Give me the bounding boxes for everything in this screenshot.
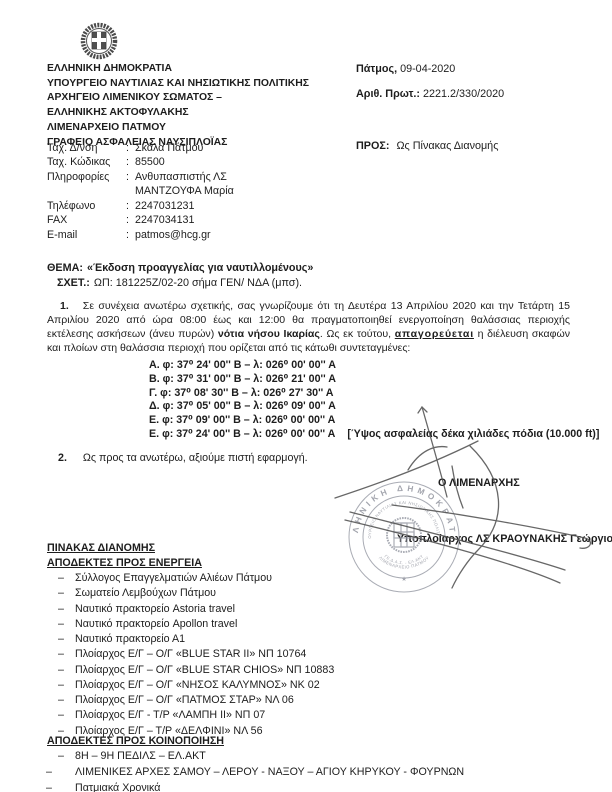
list-item-text: Πλοίαρχος Ε/Γ - Τ/Ρ «ΛΑΜΠΗ ΙΙ» ΝΠ 07	[75, 709, 265, 721]
body-paragraph-1: 1.Σε συνέχεια ανωτέρω σχετικής, σας γνωρ…	[47, 300, 570, 356]
date-value: 09-04-2020	[400, 63, 455, 75]
coordinate-text: Ε. φ: 37⁰ 24' 00'' Β – λ: 026⁰ 00' 00'' …	[149, 428, 335, 440]
contact-separator: :	[126, 170, 135, 184]
list-item: –Σωματείο Λεμβούχων Πάτμου	[58, 587, 334, 602]
coordinate-text: Β. φ: 37⁰ 31' 00'' Β – λ: 026⁰ 21' 00'' …	[149, 373, 336, 385]
contact-value: ΜΑΝΤΖΟΥΦΑ Μαρία	[135, 184, 234, 198]
list-item: –ΛΙΜΕΝΙΚΕΣ ΑΡΧΕΣ ΣΑΜΟΥ – ΛΕΡΟΥ - ΝΑΞΟΥ –…	[46, 766, 464, 782]
list-dash: –	[58, 648, 75, 660]
contact-label: E-mail	[47, 228, 126, 242]
protocol-line: Αριθ. Πρωτ.: 2221.2/330/2020	[356, 88, 504, 100]
contact-separator: :	[126, 199, 135, 213]
list-item-text: Ναυτικό πρακτορείο Astoria travel	[75, 603, 235, 615]
contact-separator: :	[126, 141, 135, 155]
place-date-line: Πάτμος, 09-04-2020	[356, 63, 455, 75]
contact-row: Τηλέφωνο : 2247031231	[47, 199, 234, 213]
contact-row: Ταχ. Δ/νση : Σκάλα Πάτμου	[47, 141, 234, 155]
contact-separator	[126, 184, 135, 198]
action-recipients-title: ΑΠΟΔΕΚΤΕΣ ΠΡΟΣ ΕΝΕΡΓΕΙΑ	[47, 557, 202, 569]
contact-label: FAX	[47, 213, 126, 227]
list-item: –Πλοίαρχος Ε/Γ – Ο/Γ «BLUE STAR II» ΝΠ 1…	[58, 648, 334, 663]
list-dash: –	[58, 603, 75, 615]
prohibited-word: απαγορεύεται	[395, 328, 474, 340]
distribution-title: ΠΙΝΑΚΑΣ ΔΙΑΝΟΜΗΣ	[47, 542, 155, 554]
subject-label: ΘΕΜΑ:	[47, 262, 83, 274]
list-item-text: 8Η – 9Η ΠΕΔΙΛΣ – ΕΛ.ΑΚΤ	[75, 750, 206, 762]
org-header: ΕΛΛΗΝΙΚΗ ΔΗΜΟΚΡΑΤΙΑΥΠΟΥΡΓΕΙΟ ΝΑΥΤΙΛΙΑΣ Κ…	[47, 62, 309, 150]
list-item: –Σύλλογος Επαγγελματιών Αλιέων Πάτμου	[58, 572, 334, 587]
place-label: Πάτμος,	[356, 63, 397, 75]
contact-value: Σκάλα Πάτμου	[135, 141, 203, 155]
list-dash: –	[58, 679, 75, 691]
list-item-text: Σωματείο Λεμβούχων Πάτμου	[75, 587, 216, 599]
list-item-text: Πατμιακά Χρονικά	[75, 782, 160, 792]
list-item: –Πλοίαρχος Ε/Γ – Ο/Γ «ΝΗΣΟΣ ΚΑΛΥΜΝΟΣ» ΝΚ…	[58, 679, 334, 694]
coordinate-text: Ε. φ: 37⁰ 09' 00'' Β – λ: 026⁰ 00' 00'' …	[149, 414, 335, 426]
recipient-line: ΠΡΟΣ: Ως Πίνακας Διανομής	[356, 140, 498, 152]
list-dash: –	[58, 572, 75, 584]
reference-label: ΣΧΕΤ.:	[57, 277, 90, 289]
paragraph-number: 1.	[60, 300, 69, 312]
reference-line: ΣΧΕΤ.:ΩΠ: 181225Ζ/02-20 σήμα ΓΕΝ/ ΝΔΑ (μ…	[57, 277, 302, 289]
list-item-text: Ναυτικό πρακτορείο Apollon travel	[75, 618, 237, 630]
org-header-line: ΕΛΛΗΝΙΚΗΣ ΑΚΤΟΦΥΛΑΚΗΣ	[47, 106, 309, 121]
list-item-text: Πλοίαρχος Ε/Γ – Ο/Γ «ΝΗΣΟΣ ΚΑΛΥΜΝΟΣ» ΝΚ …	[75, 679, 320, 691]
protocol-label: Αριθ. Πρωτ.:	[356, 88, 420, 100]
org-header-line: ΥΠΟΥΡΓΕΙΟ ΝΑΥΤΙΛΙΑΣ ΚΑΙ ΝΗΣΙΩΤΙΚΗΣ ΠΟΛΙΤ…	[47, 77, 309, 92]
contact-row: Ταχ. Κώδικας : 85500	[47, 155, 234, 169]
contact-value: 85500	[135, 155, 165, 169]
contact-value: 2247031231	[135, 199, 194, 213]
list-item: –Ναυτικό πρακτορείο Α1	[58, 633, 334, 648]
contact-label: Πληροφορίες	[47, 170, 126, 184]
list-dash: –	[58, 694, 75, 706]
paragraph-number: 2.	[58, 452, 67, 464]
contact-value: Ανθυπασπιστής ΛΣ	[135, 170, 227, 184]
contact-row: E-mail : patmos@hcg.gr	[47, 228, 234, 242]
list-dash: –	[58, 587, 75, 599]
protocol-value: 2221.2/330/2020	[423, 88, 504, 100]
body-paragraph-2: 2.Ως προς τα ανωτέρω, αξιούμε πιστή εφαρ…	[58, 452, 308, 464]
list-item: –Πατμιακά Χρονικά	[46, 782, 464, 792]
subject-line: ΘΕΜΑ:«Έκδοση προαγγελίας για ναυτιλλομέν…	[47, 262, 313, 274]
list-item: –8Η – 9Η ΠΕΔΙΛΣ – ΕΛ.ΑΚΤ	[46, 750, 464, 766]
list-item-text: Πλοίαρχος Ε/Γ – Ο/Γ «ΠΑΤΜΟΣ ΣΤΑΡ» ΝΛ 06	[75, 694, 294, 706]
org-header-line: ΛΙΜΕΝΑΡΧΕΙΟ ΠΑΤΜΟΥ	[47, 121, 309, 136]
notification-recipients-list: –8Η – 9Η ΠΕΔΙΛΣ – ΕΛ.ΑΚΤ –ΛΙΜΕΝΙΚΕΣ ΑΡΧΕ…	[46, 750, 464, 792]
list-item: –Πλοίαρχος Ε/Γ – Ο/Γ «ΠΑΤΜΟΣ ΣΤΑΡ» ΝΛ 06	[58, 694, 334, 709]
list-item-text: Σύλλογος Επαγγελματιών Αλιέων Πάτμου	[75, 572, 272, 584]
contact-row: Πληροφορίες : Ανθυπασπιστής ΛΣ	[47, 170, 234, 184]
org-header-line: ΑΡΧΗΓΕΙΟ ΛΙΜΕΝΙΚΟΥ ΣΩΜΑΤΟΣ –	[47, 91, 309, 106]
list-item-text: Πλοίαρχος Ε/Γ – Ο/Γ «BLUE STAR II» ΝΠ 10…	[75, 648, 306, 660]
contact-separator: :	[126, 228, 135, 242]
org-header-line: ΕΛΛΗΝΙΚΗ ΔΗΜΟΚΡΑΤΙΑ	[47, 62, 309, 77]
reference-text: ΩΠ: 181225Ζ/02-20 σήμα ΓΕΝ/ ΝΔΑ (μπσ).	[94, 277, 302, 289]
list-dash: –	[46, 766, 75, 778]
coordinate-line: Β. φ: 37⁰ 31' 00'' Β – λ: 026⁰ 21' 00'' …	[149, 373, 599, 387]
contact-value: 2247034131	[135, 213, 194, 227]
bold-area-phrase: νότια νήσου Ικαρίας	[218, 328, 320, 340]
coordinate-text: Α. φ: 37⁰ 24' 00'' Β – λ: 026⁰ 00' 00'' …	[149, 359, 336, 371]
contact-row: ΜΑΝΤΖΟΥΦΑ Μαρία	[47, 184, 234, 198]
greek-national-emblem-icon	[76, 21, 122, 63]
contact-separator: :	[126, 213, 135, 227]
contact-label: Τηλέφωνο	[47, 199, 126, 213]
list-dash: –	[58, 633, 75, 645]
paragraph-text: Ως προς τα ανωτέρω, αξιούμε πιστή εφαρμο…	[83, 452, 308, 464]
list-item: –Ναυτικό πρακτορείο Apollon travel	[58, 618, 334, 633]
list-item: –Πλοίαρχος Ε/Γ – Ο/Γ «BLUE STAR CHIOS» Ν…	[58, 664, 334, 679]
subject-text: «Έκδοση προαγγελίας για ναυτιλλομένους»	[87, 262, 313, 274]
list-item-text: Ναυτικό πρακτορείο Α1	[75, 633, 185, 645]
contact-label: Ταχ. Δ/νση	[47, 141, 126, 155]
contact-value: patmos@hcg.gr	[135, 228, 211, 242]
contact-separator: :	[126, 155, 135, 169]
list-dash: –	[58, 709, 75, 721]
list-dash: –	[46, 782, 75, 792]
recipient-value: Ως Πίνακας Διανομής	[396, 140, 498, 152]
document-page: ΕΛΛΗΝΙΚΗ ΔΗΜΟΚΡΑΤΙΑΥΠΟΥΡΓΕΙΟ ΝΑΥΤΙΛΙΑΣ Κ…	[0, 0, 612, 792]
contact-label	[47, 184, 126, 198]
action-recipients-list: –Σύλλογος Επαγγελματιών Αλιέων Πάτμου –Σ…	[58, 572, 334, 740]
list-item: –Ναυτικό πρακτορείο Astoria travel	[58, 603, 334, 618]
list-dash: –	[58, 750, 75, 762]
recipient-label: ΠΡΟΣ:	[356, 140, 389, 152]
handwritten-signature	[320, 395, 612, 605]
list-item-text: Πλοίαρχος Ε/Γ – Ο/Γ «BLUE STAR CHIOS» ΝΠ…	[75, 664, 334, 676]
list-dash: –	[58, 618, 75, 630]
contact-row: FAX : 2247034131	[47, 213, 234, 227]
contact-label: Ταχ. Κώδικας	[47, 155, 126, 169]
coordinate-text: Γ. φ: 37⁰ 08' 30'' Β – λ: 026⁰ 27' 30'' …	[149, 387, 333, 399]
list-item-text: ΛΙΜΕΝΙΚΕΣ ΑΡΧΕΣ ΣΑΜΟΥ – ΛΕΡΟΥ - ΝΑΞΟΥ – …	[75, 766, 464, 778]
coordinate-text: Δ. φ: 37⁰ 05' 00'' Β – λ: 026⁰ 09' 00'' …	[149, 400, 336, 412]
contact-block: Ταχ. Δ/νση : Σκάλα Πάτμου Ταχ. Κώδικας :…	[47, 141, 234, 242]
list-dash: –	[58, 664, 75, 676]
coordinate-line: Α. φ: 37⁰ 24' 00'' Β – λ: 026⁰ 00' 00'' …	[149, 359, 599, 373]
list-item: –Πλοίαρχος Ε/Γ - Τ/Ρ «ΛΑΜΠΗ ΙΙ» ΝΠ 07	[58, 709, 334, 724]
notification-recipients-title: ΑΠΟΔΕΚΤΕΣ ΠΡΟΣ ΚΟΙΝΟΠΟΙΗΣΗ	[47, 735, 224, 747]
paragraph-text: . Ως εκ τούτου,	[320, 328, 395, 340]
